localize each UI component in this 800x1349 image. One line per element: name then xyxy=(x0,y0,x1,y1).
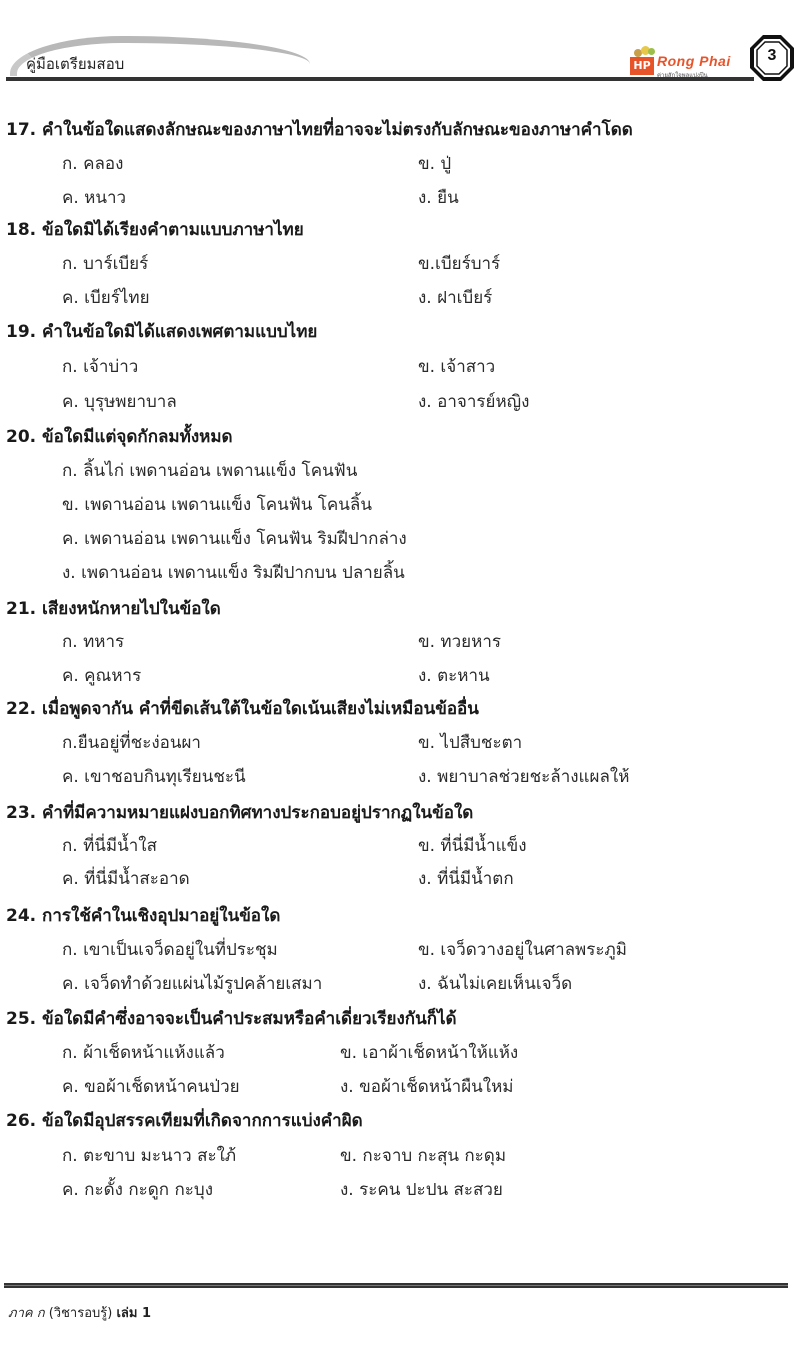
question-26: 26. ข้อใดมีอุปสรรคเทียมที่เกิดจากการแบ่ง… xyxy=(6,1107,363,1134)
option-a: ก. คลอง xyxy=(62,150,123,177)
option-b: ข. ปู่ xyxy=(418,150,451,177)
option-b: ข. ทวยหาร xyxy=(418,628,501,655)
question-text: คำในข้อใดมิได้แสดงเพศตามแบบไทย xyxy=(42,322,317,342)
option-b: ข. เจว็ดวางอยู่ในศาลพระภูมิ xyxy=(418,936,627,963)
option-c: ค. กะดั้ง กะดูก กะบุง xyxy=(62,1176,213,1203)
question-text: คำในข้อใดแสดงลักษณะของภาษาไทยที่อาจจะไม่… xyxy=(42,120,633,140)
option-c: ค. คูณหาร xyxy=(62,662,141,689)
option-d: ง. ระคน ปะปน สะสวย xyxy=(340,1176,503,1203)
option-c: ค. เพดานอ่อน เพดานแข็ง โคนฟัน ริมฝีปากล่… xyxy=(62,525,407,552)
question-19: 19. คำในข้อใดมิได้แสดงเพศตามแบบไทย xyxy=(6,318,317,345)
option-a: ก. ลิ้นไก่ เพดานอ่อน เพดานแข็ง โคนฟัน xyxy=(62,457,357,484)
question-20: 20. ข้อใดมีแต่จุดกักลมทั้งหมด xyxy=(6,423,233,450)
question-22: 22. เมื่อพูดจากัน คำที่ขีดเส้นใต้ในข้อใด… xyxy=(6,695,479,722)
option-a: ก.ยืนอยู่ที่ชะง่อนผา xyxy=(62,729,201,756)
question-text: เสียงหนักหายไปในข้อใด xyxy=(42,599,221,619)
option-a: ก. ที่นี่มีน้ำใส xyxy=(62,832,157,859)
option-a: ก. ผ้าเช็ดหน้าแห้งแล้ว xyxy=(62,1039,225,1066)
option-d: ง. เพดานอ่อน เพดานแข็ง ริมฝีปากบน ปลายลิ… xyxy=(62,559,405,586)
question-number: 21. xyxy=(6,599,36,619)
rong-phai-logo: HP Rong Phai ค่ายสักใจพลแปงปีน xyxy=(630,45,750,79)
option-d: ง. อาจารย์หญิง xyxy=(418,388,529,415)
question-text: คำที่มีความหมายแฝงบอกทิศทางประกอบอยู่ปรา… xyxy=(42,803,473,823)
question-text: ข้อใดมีแต่จุดกักลมทั้งหมด xyxy=(42,427,233,447)
question-text: ข้อใดมีอุปสรรคเทียมที่เกิดจากการแบ่งคำผิ… xyxy=(42,1111,363,1131)
question-number: 23. xyxy=(6,803,36,823)
logo-tagline: ค่ายสักใจพลแปงปีน xyxy=(657,70,708,80)
option-a: ก. ทหาร xyxy=(62,628,124,655)
footer-part: ภาค ก xyxy=(8,1306,45,1321)
option-d: ง. ขอผ้าเช็ดหน้าผืนใหม่ xyxy=(340,1073,514,1100)
question-number: 24. xyxy=(6,906,36,926)
option-b: ข. เพดานอ่อน เพดานแข็ง โคนฟัน โคนลิ้น xyxy=(62,491,372,518)
question-24: 24. การใช้คำในเชิงอุปมาอยู่ในข้อใด xyxy=(6,902,280,929)
option-c: ค. เขาชอบกินทุเรียนชะนี xyxy=(62,763,246,790)
option-c: ค. ที่นี่มีน้ำสะอาด xyxy=(62,865,190,892)
question-text: การใช้คำในเชิงอุปมาอยู่ในข้อใด xyxy=(42,906,280,926)
logo-name: Rong Phai xyxy=(657,53,731,69)
option-b: ข. ไปสืบชะตา xyxy=(418,729,522,756)
option-d: ง. ยืน xyxy=(418,184,459,211)
option-a: ก. เจ้าบ่าว xyxy=(62,353,138,380)
option-b: ข. เจ้าสาว xyxy=(418,353,495,380)
question-number: 17. xyxy=(6,120,36,140)
option-a: ก. บาร์เบียร์ xyxy=(62,250,148,277)
option-b: ข. กะจาบ กะสุน กะดุม xyxy=(340,1142,506,1169)
option-b: ข.เบียร์บาร์ xyxy=(418,250,500,277)
question-number: 19. xyxy=(6,322,36,342)
option-c: ค. เจว็ดทำด้วยแผ่นไม้รูปคล้ายเสมา xyxy=(62,970,322,997)
option-d: ง. พยาบาลช่วยชะล้างแผลให้ xyxy=(418,763,629,790)
option-c: ค. หนาว xyxy=(62,184,126,211)
option-b: ข. ที่นี่มีน้ำแข็ง xyxy=(418,832,527,859)
page-number-badge: 3 xyxy=(748,33,796,83)
question-23: 23. คำที่มีความหมายแฝงบอกทิศทางประกอบอยู… xyxy=(6,799,473,826)
question-18: 18. ข้อใดมิได้เรียงคำตามแบบภาษาไทย xyxy=(6,216,304,243)
footer-subject: (วิชารอบรู้) xyxy=(49,1306,113,1321)
question-number: 26. xyxy=(6,1111,36,1131)
page-header: คู่มือเตรียมสอบ HP Rong Phai ค่ายสักใจพล… xyxy=(0,0,800,100)
footer-volume: เล่ม 1 xyxy=(116,1306,151,1321)
question-number: 20. xyxy=(6,427,36,447)
question-text: ข้อใดมิได้เรียงคำตามแบบภาษาไทย xyxy=(42,220,304,240)
option-c: ค. ขอผ้าเช็ดหน้าคนป่วย xyxy=(62,1073,240,1100)
page-number: 3 xyxy=(748,47,796,65)
page-footer: ภาค ก (วิชารอบรู้) เล่ม 1 xyxy=(8,1302,151,1323)
option-c: ค. บุรุษพยาบาล xyxy=(62,388,177,415)
question-17: 17. คำในข้อใดแสดงลักษณะของภาษาไทยที่อาจจ… xyxy=(6,116,633,143)
question-number: 18. xyxy=(6,220,36,240)
option-d: ง. ตะหาน xyxy=(418,662,490,689)
logo-decoration-icon xyxy=(634,45,654,57)
option-c: ค. เบียร์ไทย xyxy=(62,284,150,311)
option-a: ก. เขาเป็นเจว็ดอยู่ในที่ประชุม xyxy=(62,936,278,963)
header-title: คู่มือเตรียมสอบ xyxy=(26,52,124,76)
option-a: ก. ตะขาบ มะนาว สะใภ้ xyxy=(62,1142,236,1169)
option-d: ง. ฉันไม่เคยเห็นเจว็ด xyxy=(418,970,572,997)
logo-mark: HP xyxy=(630,57,654,75)
option-b: ข. เอาผ้าเช็ดหน้าให้แห้ง xyxy=(340,1039,518,1066)
footer-divider xyxy=(4,1283,788,1288)
option-d: ง. ที่นี่มีน้ำตก xyxy=(418,865,514,892)
question-text: เมื่อพูดจากัน คำที่ขีดเส้นใต้ในข้อใดเน้น… xyxy=(42,699,479,719)
question-number: 25. xyxy=(6,1009,36,1029)
question-number: 22. xyxy=(6,699,36,719)
question-21: 21. เสียงหนักหายไปในข้อใด xyxy=(6,595,221,622)
question-text: ข้อใดมีคำซึ่งอาจจะเป็นคำประสมหรือคำเดี่ย… xyxy=(42,1009,457,1029)
option-d: ง. ฝาเบียร์ xyxy=(418,284,492,311)
question-25: 25. ข้อใดมีคำซึ่งอาจจะเป็นคำประสมหรือคำเ… xyxy=(6,1005,457,1032)
